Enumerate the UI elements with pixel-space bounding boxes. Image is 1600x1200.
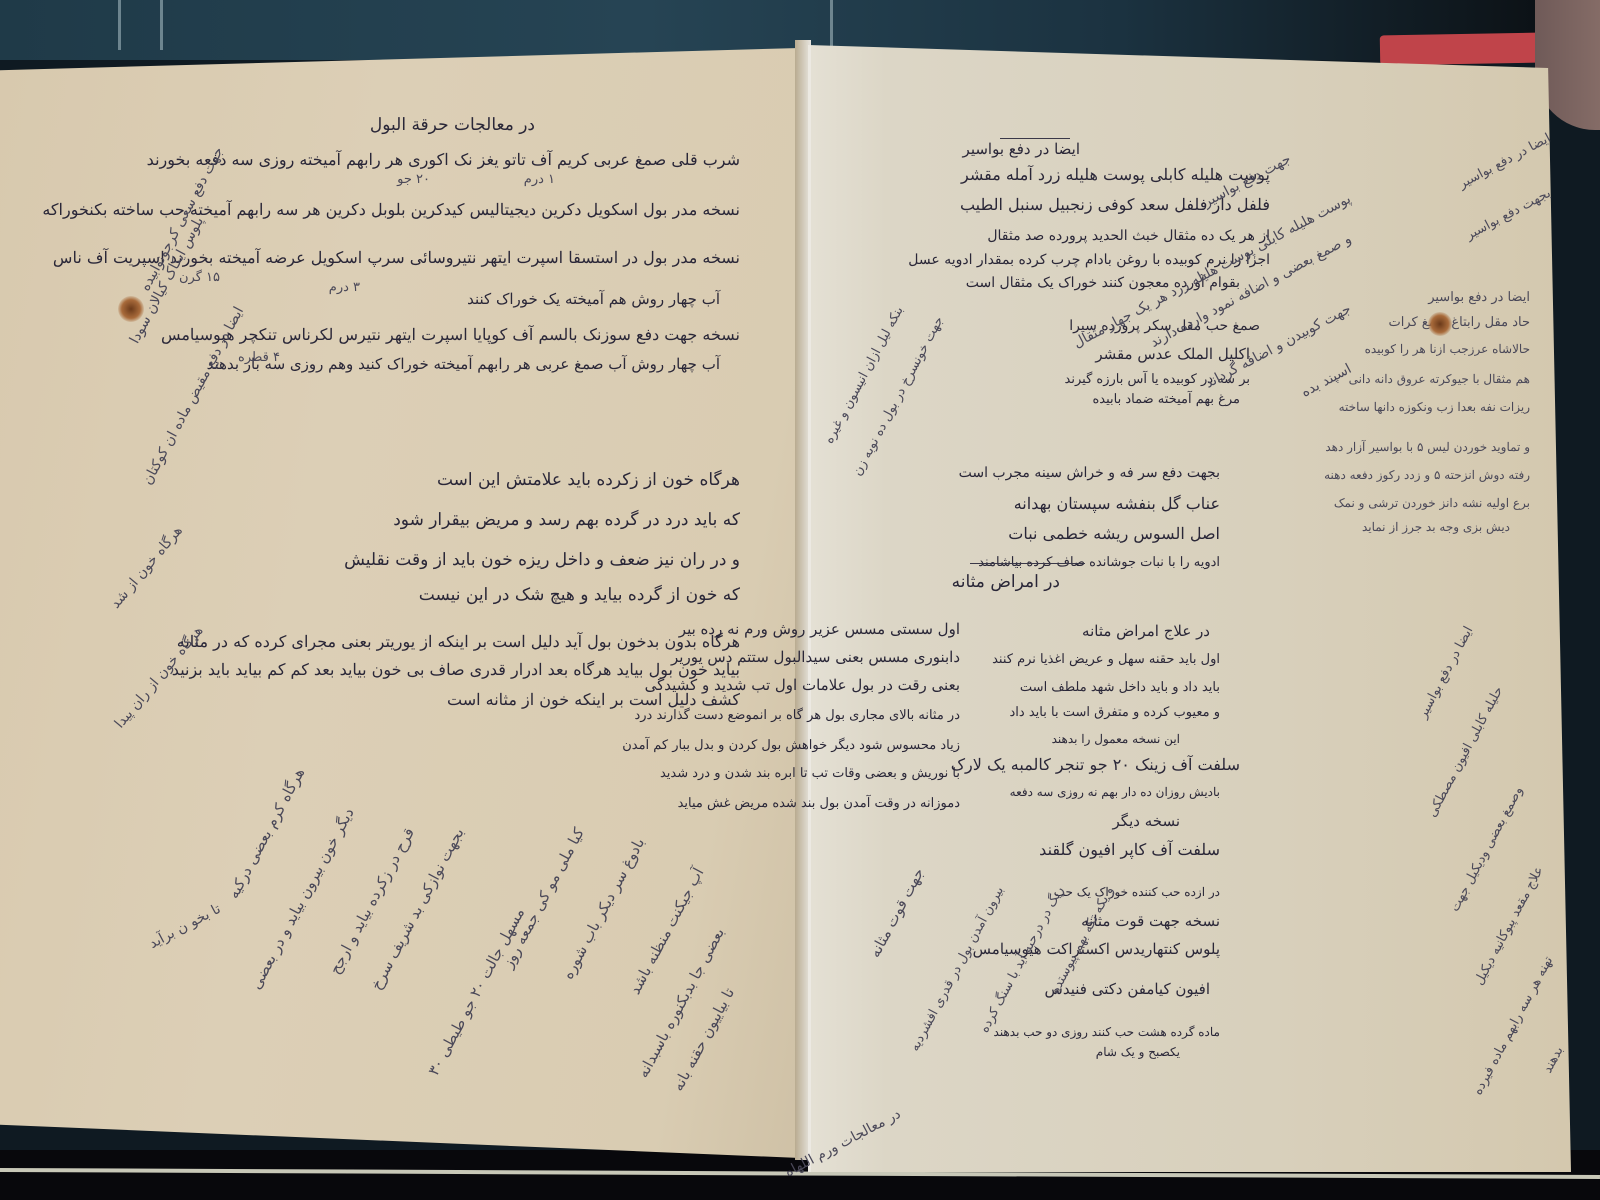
section-heading: در امراض مثانه xyxy=(952,572,1060,592)
text-line: که باید درد در گرده بهم رسد و مریض بیقرا… xyxy=(393,510,740,530)
text-line: و در ران نیز ضعف و داخل ریزه خون باید از… xyxy=(344,550,740,570)
text-line: با نوریش و بعضی وقات تب تا ابره بند شدن … xyxy=(660,766,960,781)
text-line: هرگاه خون از زکرده باید علامتش این است xyxy=(437,470,740,490)
cloth-stripe xyxy=(160,0,163,50)
text-line: آب چهار روش آب صمغ عربی هر رابهم آمیخته … xyxy=(207,355,720,373)
text-line: دابنوری مسس بعنی سیدالبول ستتم دس یوریر xyxy=(671,648,960,666)
book-cover-edge xyxy=(1380,33,1540,66)
text-line: اول باید حقنه سهل و عریض اغذیا نرم کنند xyxy=(992,652,1220,667)
text-line: بادیش روزان ده دار بهم نه روزی سه دفعه xyxy=(1010,785,1220,799)
margin-note: و تماوید خوردن لیس ۵ با بواسیر آزار دهد xyxy=(1325,440,1530,454)
margin-note: حالاشاه عرزجب ازنا هر را کوبیده xyxy=(1365,342,1530,356)
dose-note: ۴ قطره xyxy=(238,350,280,365)
margin-note: هم مثقال با جیوکرته عروق دانه دانی xyxy=(1349,372,1530,386)
text-line: بعنی رقت در بول علامات اول تب شدید و کشی… xyxy=(645,676,960,694)
section-heading: ایضا در دفع بواسیر xyxy=(963,140,1080,158)
text-line: پلوس کنتهاریدس اکستراکت هیوسیامس xyxy=(973,940,1220,958)
dose-note: ۱ درم xyxy=(524,172,555,187)
heading-overline xyxy=(1000,138,1070,139)
text-line: اکلیل الملک عدس مقشر xyxy=(1095,345,1250,363)
text-line: زیاد محسوس شود دیگر خواهش بول کردن و بدل… xyxy=(622,738,960,753)
margin-note: ایضا در دفع بواسیر xyxy=(1428,290,1530,305)
text-line: و معیوب کرده و متفرق است با باید داد xyxy=(1010,705,1220,720)
text-line: نسخه جهت دفع سوزنک بالسم آف کوپایا اسپرت… xyxy=(161,325,740,344)
margin-note: رفته دوش انزحته ۵ و زدد رکوز دفعه دهنه xyxy=(1324,468,1530,482)
dose-note: ۳ درم xyxy=(329,280,360,295)
text-line: اول سستی مسس عزیر روش ورم نه رده بیر xyxy=(679,620,960,638)
section-heading: در علاج امراض مثانه xyxy=(1082,622,1210,640)
ink-stain xyxy=(1428,312,1452,336)
text-line: این نسخه معمول را بدهند xyxy=(1052,732,1180,746)
margin-note: برع اولیه نشه دانز خوردن ترشی و نمک xyxy=(1334,496,1530,510)
heading-overline xyxy=(970,563,1085,564)
text-line: که خون از گرده بیاید و هیچ شک در این نیس… xyxy=(419,585,740,605)
text-line: دموزانه در وقت آمدن بول بند شده مریض غش … xyxy=(678,796,960,811)
text-line: اصل السوس ریشه خطمی نبات xyxy=(1008,524,1220,543)
text-line: پوست هلیله کابلی پوست هلیله زرد آمله مقش… xyxy=(961,165,1270,184)
text-line: هرگاه بدون بدخون بول آید دلیل است بر این… xyxy=(177,632,740,651)
text-line: سلفت آف زینک ۲۰ جو تنجر کالمبه یک لارک xyxy=(951,755,1240,774)
text-line: در ازده حب کننده خوراک یک حب xyxy=(1054,885,1220,899)
cloth-stripe xyxy=(118,0,121,50)
text-line: باید داد و باید داخل شهد ملطف است xyxy=(1020,680,1220,695)
left-heading: در معالجات حرقة البول xyxy=(370,115,535,135)
text-line: مرغ بهم آمیخته ضماد بابیده xyxy=(1092,392,1240,407)
dose-note: ۲۰ جو xyxy=(397,172,430,187)
text-line: افیون کیامفن دکتی فنیدس xyxy=(1045,980,1210,998)
section-heading: بجهت دفع سر فه و خراش سینه مجرب است xyxy=(959,465,1220,481)
text-line: آب چهار روش هم آمیخته یک خوراک کنند xyxy=(467,290,720,308)
cloth-stripe xyxy=(830,0,833,50)
dose-note: ۱۵ گرن xyxy=(179,270,220,285)
text-line: از هر یک ده مثقال خبث الحدید پرورده صد م… xyxy=(987,228,1270,244)
text-line: نسخه مدر بول اسکویل دکرین دیجیتالیس کیدک… xyxy=(42,200,740,219)
text-line: شرب قلی صمغ عربی کریم آف تاتو یغز نک اکو… xyxy=(147,150,740,169)
text-line: نسخه دیگر xyxy=(1113,812,1180,830)
text-line: سلفت آف کاپر افیون گلقند xyxy=(1039,840,1220,859)
margin-note: دیش بزی وجه بد جرز از نماید xyxy=(1362,520,1510,534)
text-line: در مثانه بالای مجاری بول هر گاه بر انموض… xyxy=(634,708,960,723)
ink-stain xyxy=(118,296,144,322)
margin-note: ریزات نفه بعدا زب ونکوزه دانها ساخته xyxy=(1339,400,1530,414)
text-line: ماده گرده هشت حب کنند روزی دو حب بدهند xyxy=(994,1025,1220,1039)
text-line: یکصبح و یک شام xyxy=(1096,1045,1180,1059)
text-line: عناب گل بنفشه سپستان بهدانه xyxy=(1014,494,1220,513)
margin-note: حاد مقل رابتاغ صمغ کرات xyxy=(1388,315,1530,330)
